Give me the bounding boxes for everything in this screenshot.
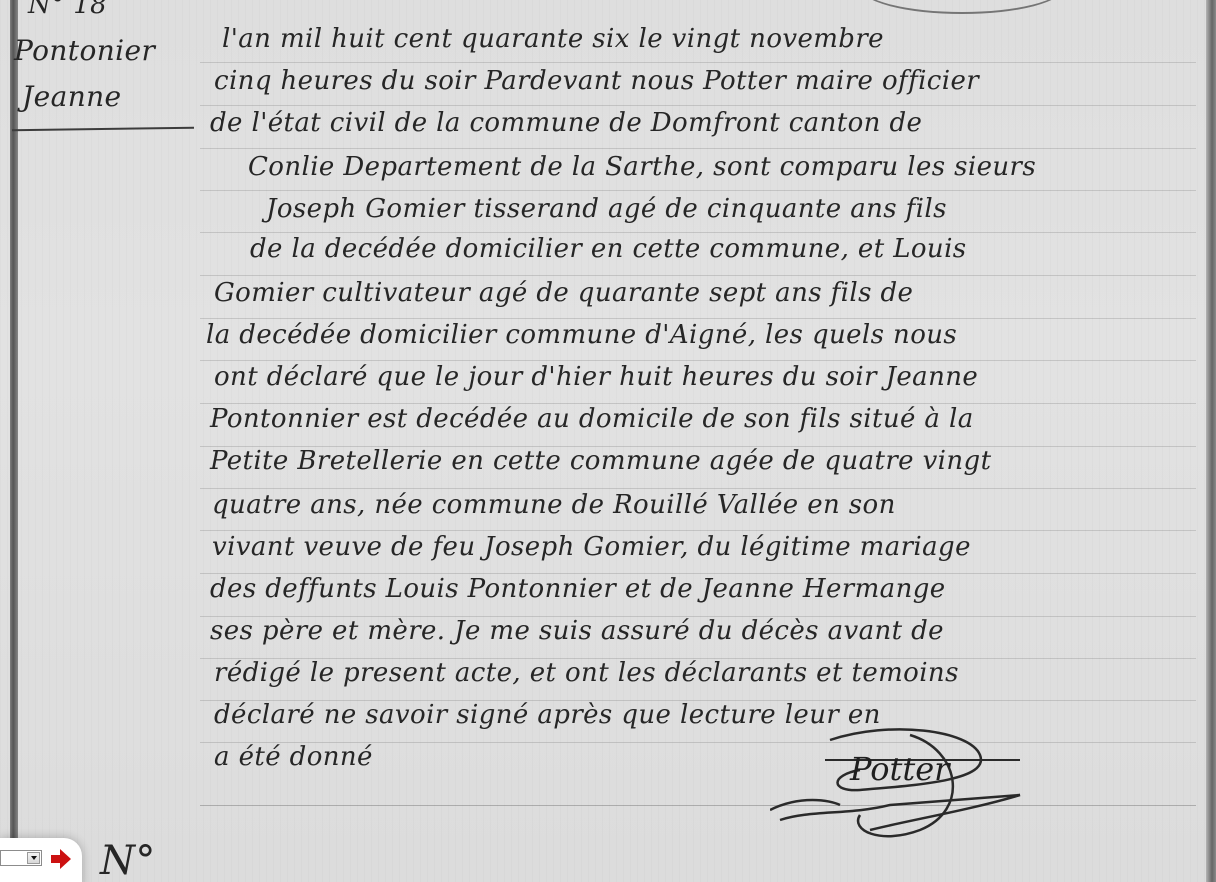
record-line: Conlie Departement de la Sarthe, sont co… bbox=[248, 152, 1036, 182]
arrow-right-icon bbox=[50, 848, 72, 870]
chevron-down-icon[interactable] bbox=[27, 852, 40, 864]
record-line: quatre ans, née commune de Rouillé Vallé… bbox=[212, 490, 896, 520]
record-line: cinq heures du soir Pardevant nous Potte… bbox=[214, 66, 979, 96]
record-line: rédigé le present acte, et ont les décla… bbox=[214, 658, 959, 688]
margin-surname: Pontonier bbox=[14, 34, 155, 67]
margin-underline bbox=[12, 127, 194, 132]
margin-rule bbox=[10, 0, 18, 882]
record-line: de la decédée domicilier en cette commun… bbox=[250, 234, 967, 264]
record-line: Gomier cultivateur agé de quarante sept … bbox=[214, 278, 913, 308]
record-line: ses père et mère. Je me suis assuré du d… bbox=[210, 616, 944, 646]
page-edge bbox=[1206, 0, 1216, 882]
record-line: Joseph Gomier tisserand agé de cinquante… bbox=[266, 194, 947, 224]
record-number: N° 18 bbox=[28, 0, 107, 20]
record-line: Pontonnier est decédée au domicile de so… bbox=[210, 404, 974, 434]
record-line: ont déclaré que le jour d'hier huit heur… bbox=[214, 362, 978, 392]
record-line: de l'état civil de la commune de Domfron… bbox=[210, 108, 922, 138]
record-line: l'an mil huit cent quarante six le vingt… bbox=[222, 24, 884, 54]
go-button[interactable] bbox=[50, 848, 72, 870]
record-line: vivant veuve de feu Joseph Gomier, du lé… bbox=[212, 532, 971, 562]
document-scan: N° 18 Pontonier Jeanne l'an mil huit cen… bbox=[0, 0, 1216, 882]
page-select-dropdown[interactable] bbox=[0, 850, 42, 866]
mayor-signature: Potter bbox=[770, 720, 1030, 840]
record-line: Petite Bretellerie en cette commune agée… bbox=[210, 446, 991, 476]
record-line: des deffunts Louis Pontonnier et de Jean… bbox=[210, 574, 946, 604]
signature-text: Potter bbox=[850, 750, 949, 788]
record-navigation-widget bbox=[0, 838, 82, 882]
next-record-number: N° bbox=[100, 838, 156, 882]
margin-given-name: Jeanne bbox=[22, 80, 122, 113]
record-line: a été donné bbox=[214, 742, 373, 772]
record-line: la decédée domicilier commune d'Aigné, l… bbox=[206, 320, 957, 350]
